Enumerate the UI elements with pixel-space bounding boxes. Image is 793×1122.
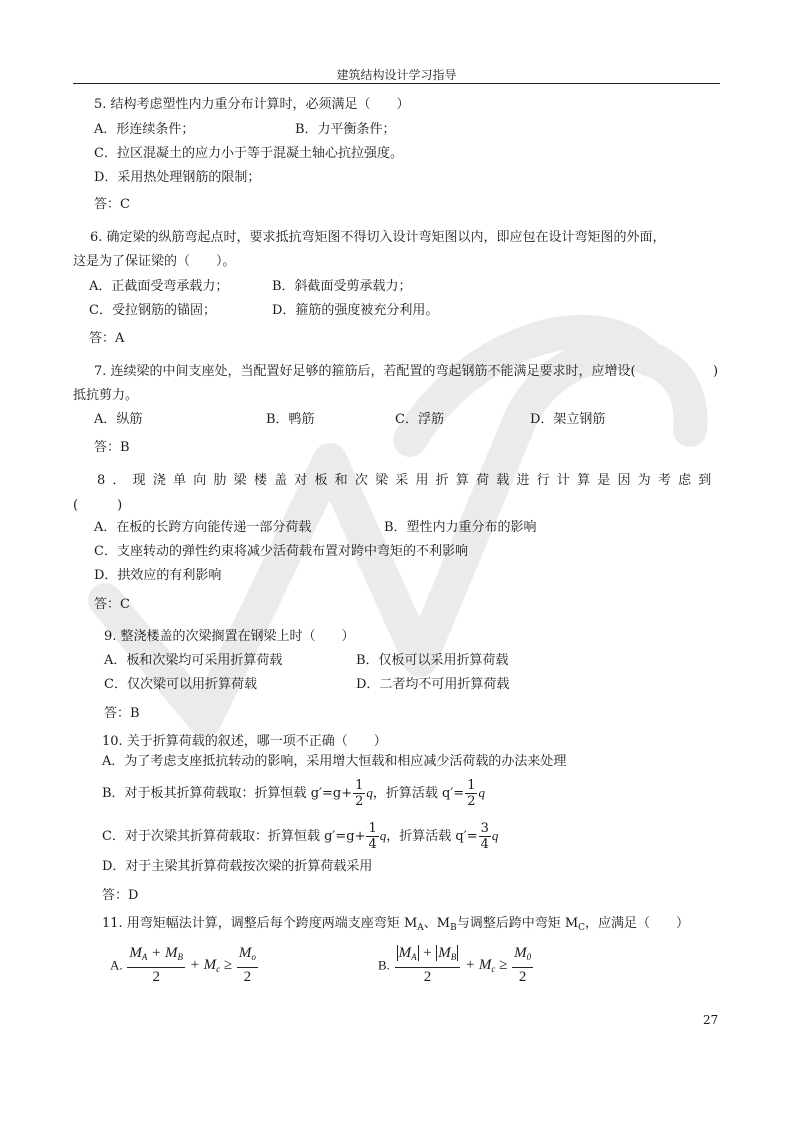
- q7-stem-line2: 抵抗剪力。: [73, 387, 138, 405]
- q7-option-c: C．浮筋: [395, 411, 444, 429]
- q5-stem: 5. 结构考虑塑性内力重分布计算时，必须满足（ ）: [94, 96, 410, 114]
- q7-stem-line1: 7. 连续梁的中间支座处，当配置好足够的箍筋后，若配置的弯起钢筋不能满足要求时，…: [94, 363, 636, 381]
- page-number: 27: [703, 1013, 718, 1027]
- header-divider: [73, 83, 720, 84]
- q7-option-d: D．架立钢筋: [530, 411, 605, 429]
- q10-option-c: C．对于次梁其折算荷载取：折算恒载 g′=g+14q，折算活载 q′=34q: [102, 818, 498, 855]
- q11-option-a-lhs-fraction: MA + MB 2: [127, 944, 185, 987]
- q5-option-a: A．形连续条件；: [94, 121, 194, 139]
- q10-option-b-g-fraction: 12: [353, 778, 365, 809]
- q8-stem-line2: ( ): [73, 497, 122, 515]
- q9-option-b: B．仅板可以采用折算荷载: [356, 652, 509, 670]
- q6-stem-line2: 这是为了保证梁的（ ）。: [73, 253, 236, 271]
- q6-stem-line1: 6. 确定梁的纵筋弯起点时，要求抵抗弯矩图不得切入设计弯矩图以内，即应包在设计弯…: [90, 229, 666, 247]
- q9-option-a: A．板和次梁均可采用折算荷载: [104, 652, 282, 670]
- q8-stem-line1: 8．现浇单向肋梁楼盖对板和次梁采用折算荷载进行计算是因为考虑到: [97, 472, 718, 490]
- q6-option-c: C．受拉钢筋的锚固；: [89, 302, 216, 320]
- q11-option-b-rhs-fraction: M0 2: [512, 944, 533, 987]
- q10-option-b-text: B．对于板其折算荷载取：折算恒载: [102, 786, 307, 801]
- q7-stem-paren-close: ): [713, 363, 718, 381]
- q9-answer: 答：B: [104, 705, 140, 723]
- q10-option-b-g-expr: g′=g+: [311, 786, 352, 801]
- q10-answer: 答：D: [102, 887, 138, 905]
- q10-option-b-q-expr: q′=: [442, 786, 464, 801]
- q10-option-c-g-expr: g′=g+: [324, 829, 365, 844]
- q10-option-a: A．为了考虑支座抵抗转动的影响，采用增大恒载和相应减少活荷载的办法来处理: [102, 753, 566, 771]
- q8-option-a: A．在板的长跨方向能传递一部分荷载: [94, 519, 311, 537]
- document-page: 建筑结构设计学习指导 5. 结构考虑塑性内力重分布计算时，必须满足（ ） A．形…: [0, 0, 793, 1122]
- q9-option-d: D．二者均不可用折算荷载: [356, 676, 509, 694]
- q9-option-c: C．仅次梁可以用折算荷载: [104, 676, 257, 694]
- q10-option-c-g-fraction: 14: [366, 821, 378, 852]
- q10-stem: 10. 关于折算荷载的叙述，哪一项不正确（ ）: [102, 733, 387, 751]
- q6-answer: 答：A: [89, 330, 124, 348]
- q6-option-d: D．箍筋的强度被充分利用。: [272, 302, 438, 320]
- q10-option-d: D．对于主梁其折算荷载按次梁的折算荷载采用: [102, 858, 372, 876]
- q10-option-c-q-fraction: 34: [479, 821, 491, 852]
- q8-option-d: D．拱效应的有利影响: [94, 567, 221, 585]
- q10-option-b: B．对于板其折算荷载取：折算恒载 g′=g+12q，折算活载 q′=12q: [102, 775, 485, 812]
- q7-answer: 答：B: [94, 439, 130, 457]
- running-header: 建筑结构设计学习指导: [73, 66, 720, 83]
- q6-option-a: A．正截面受弯承载力；: [89, 278, 228, 296]
- q5-option-d: D．采用热处理钢筋的限制；: [94, 169, 260, 187]
- q5-option-b: B．力平衡条件；: [295, 121, 396, 139]
- q8-answer: 答：C: [94, 596, 130, 614]
- q11-option-b-formula: B. MA + MB 2 + Mc ≥ M0 2: [378, 944, 534, 987]
- q8-option-b: B．塑性内力重分布的影响: [384, 519, 537, 537]
- q11-stem: 11. 用弯矩幅法计算，调整后每个跨度两端支座弯矩 MA、MB与调整后跨中弯矩 …: [102, 915, 689, 937]
- q9-stem: 9. 整浇楼盖的次梁搁置在钢梁上时（ ）: [104, 628, 355, 646]
- q7-option-b: B．鸭筋: [266, 411, 315, 429]
- q11-option-b-lhs-fraction: MA + MB 2: [395, 944, 461, 987]
- q11-option-a-rhs-fraction: Mo 2: [237, 944, 258, 987]
- q7-option-a: A．纵筋: [94, 411, 142, 429]
- q10-option-c-text: C．对于次梁其折算荷载取：折算恒载: [102, 829, 320, 844]
- q5-answer: 答：C: [94, 196, 130, 214]
- q11-option-a-formula: A. MA + MB 2 + Mc ≥ Mo 2: [110, 944, 259, 987]
- q8-option-c: C．支座转动的弹性约束将减少活荷载布置对跨中弯矩的不利影响: [94, 543, 468, 561]
- q5-option-c: C．拉区混凝土的应力小于等于混凝土轴心抗拉强度。: [94, 145, 403, 163]
- q6-option-b: B．斜截面受剪承载力；: [272, 278, 412, 296]
- q10-option-b-q-fraction: 12: [465, 778, 477, 809]
- q10-option-c-q-expr: q′=: [455, 829, 477, 844]
